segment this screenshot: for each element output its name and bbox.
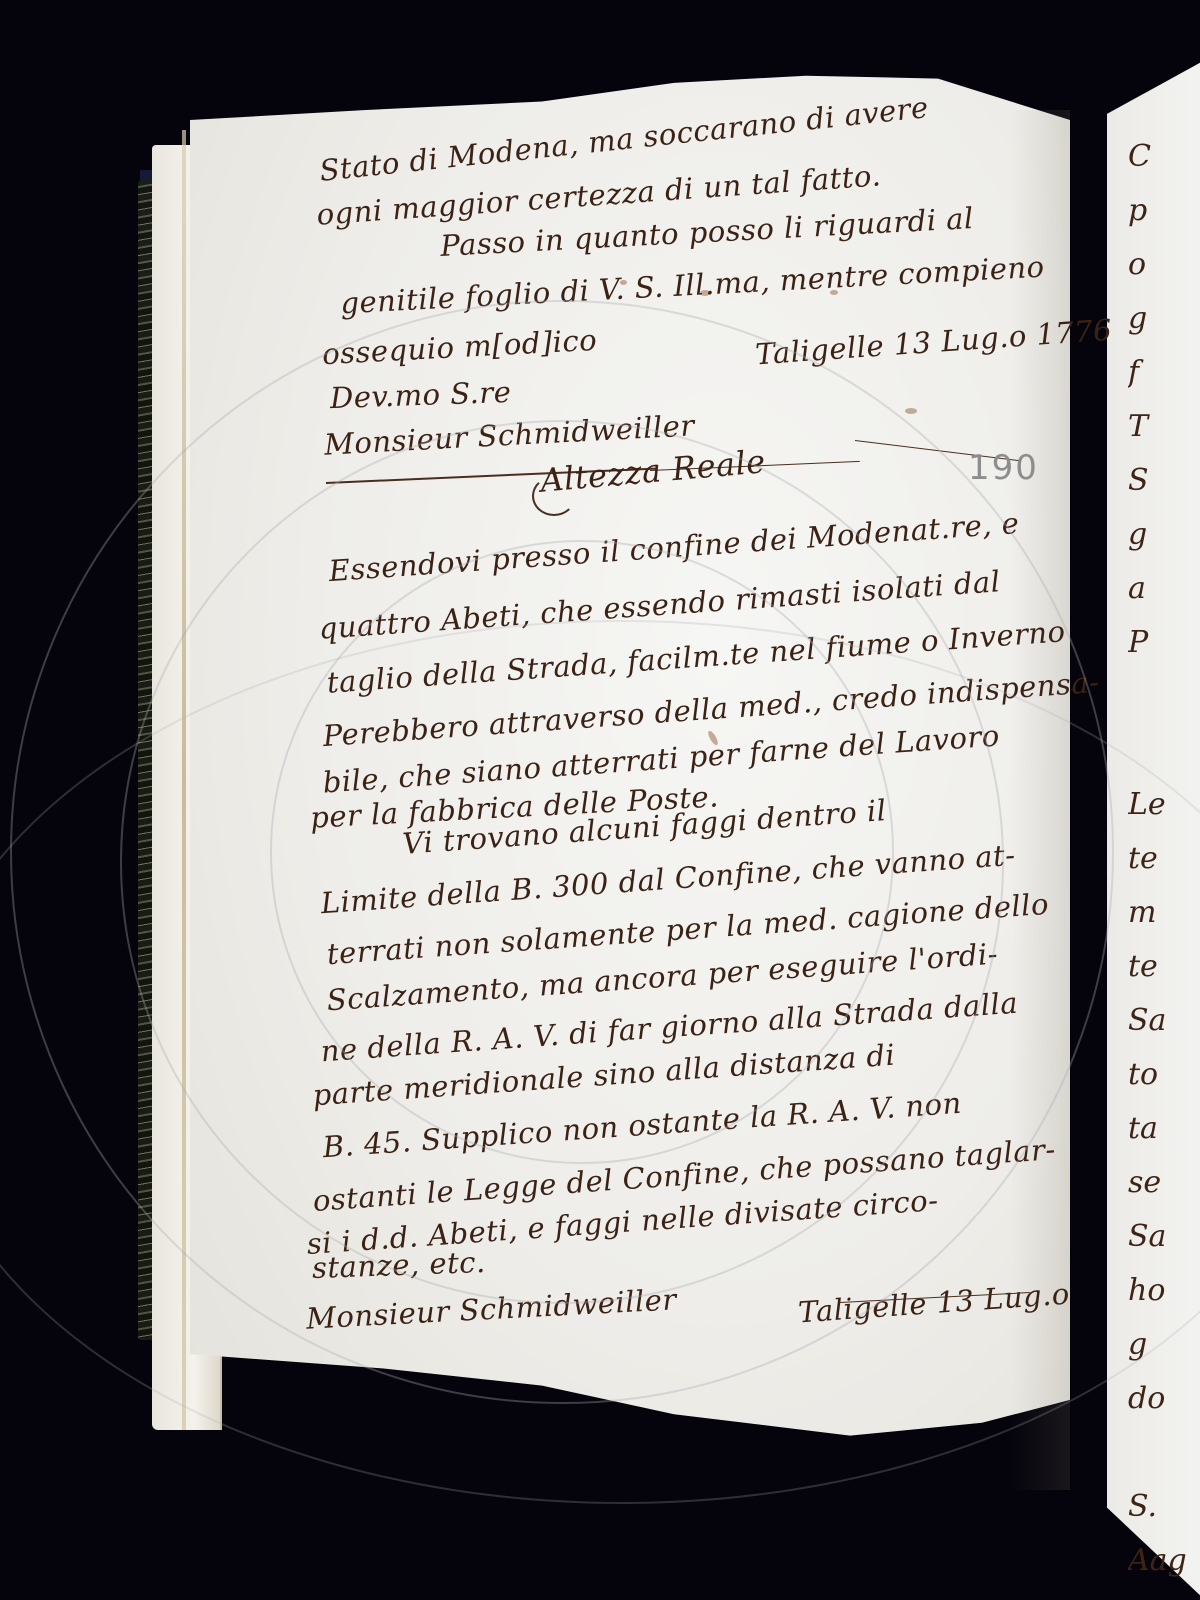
facing-line: p — [1128, 184, 1200, 238]
facing-line: g — [1128, 508, 1200, 562]
facing-line: te — [1128, 832, 1200, 886]
facing-line: m — [1128, 886, 1200, 940]
prev-letter-closing: Dev.mo S.re — [329, 375, 511, 415]
facing-line: g — [1128, 292, 1200, 346]
facing-line: ta — [1128, 1102, 1200, 1156]
facing-line: P — [1128, 616, 1200, 670]
facing-line — [1128, 1426, 1200, 1480]
facing-line: te — [1128, 940, 1200, 994]
facing-line: S — [1128, 454, 1200, 508]
facing-page-text: C p o g f T S g a P Le te m te Sa to ta … — [1128, 130, 1200, 1588]
facing-line: g — [1128, 1318, 1200, 1372]
facing-line: do — [1128, 1372, 1200, 1426]
facing-line — [1128, 670, 1200, 724]
facing-line: Sa — [1128, 994, 1200, 1048]
page-stack-edge-stain — [182, 130, 186, 1430]
facing-line: Le — [1128, 778, 1200, 832]
facing-line: o — [1128, 238, 1200, 292]
facing-line: Aag — [1128, 1534, 1200, 1588]
body-line: stanze, etc. — [311, 1245, 486, 1285]
facing-line: a — [1128, 562, 1200, 616]
photo-scene: C p o g f T S g a P Le te m te Sa to ta … — [0, 0, 1200, 1600]
ink-spot — [905, 408, 917, 414]
facing-line: f — [1128, 346, 1200, 400]
facing-line: C — [1128, 130, 1200, 184]
facing-line: ho — [1128, 1264, 1200, 1318]
salutation-flourish — [532, 476, 576, 516]
facing-line: se — [1128, 1156, 1200, 1210]
facing-line: S. — [1128, 1480, 1200, 1534]
facing-line: to — [1128, 1048, 1200, 1102]
facing-line — [1128, 724, 1200, 778]
folio-number: 190 — [968, 448, 1039, 488]
facing-line: Sa — [1128, 1210, 1200, 1264]
facing-line: T — [1128, 400, 1200, 454]
